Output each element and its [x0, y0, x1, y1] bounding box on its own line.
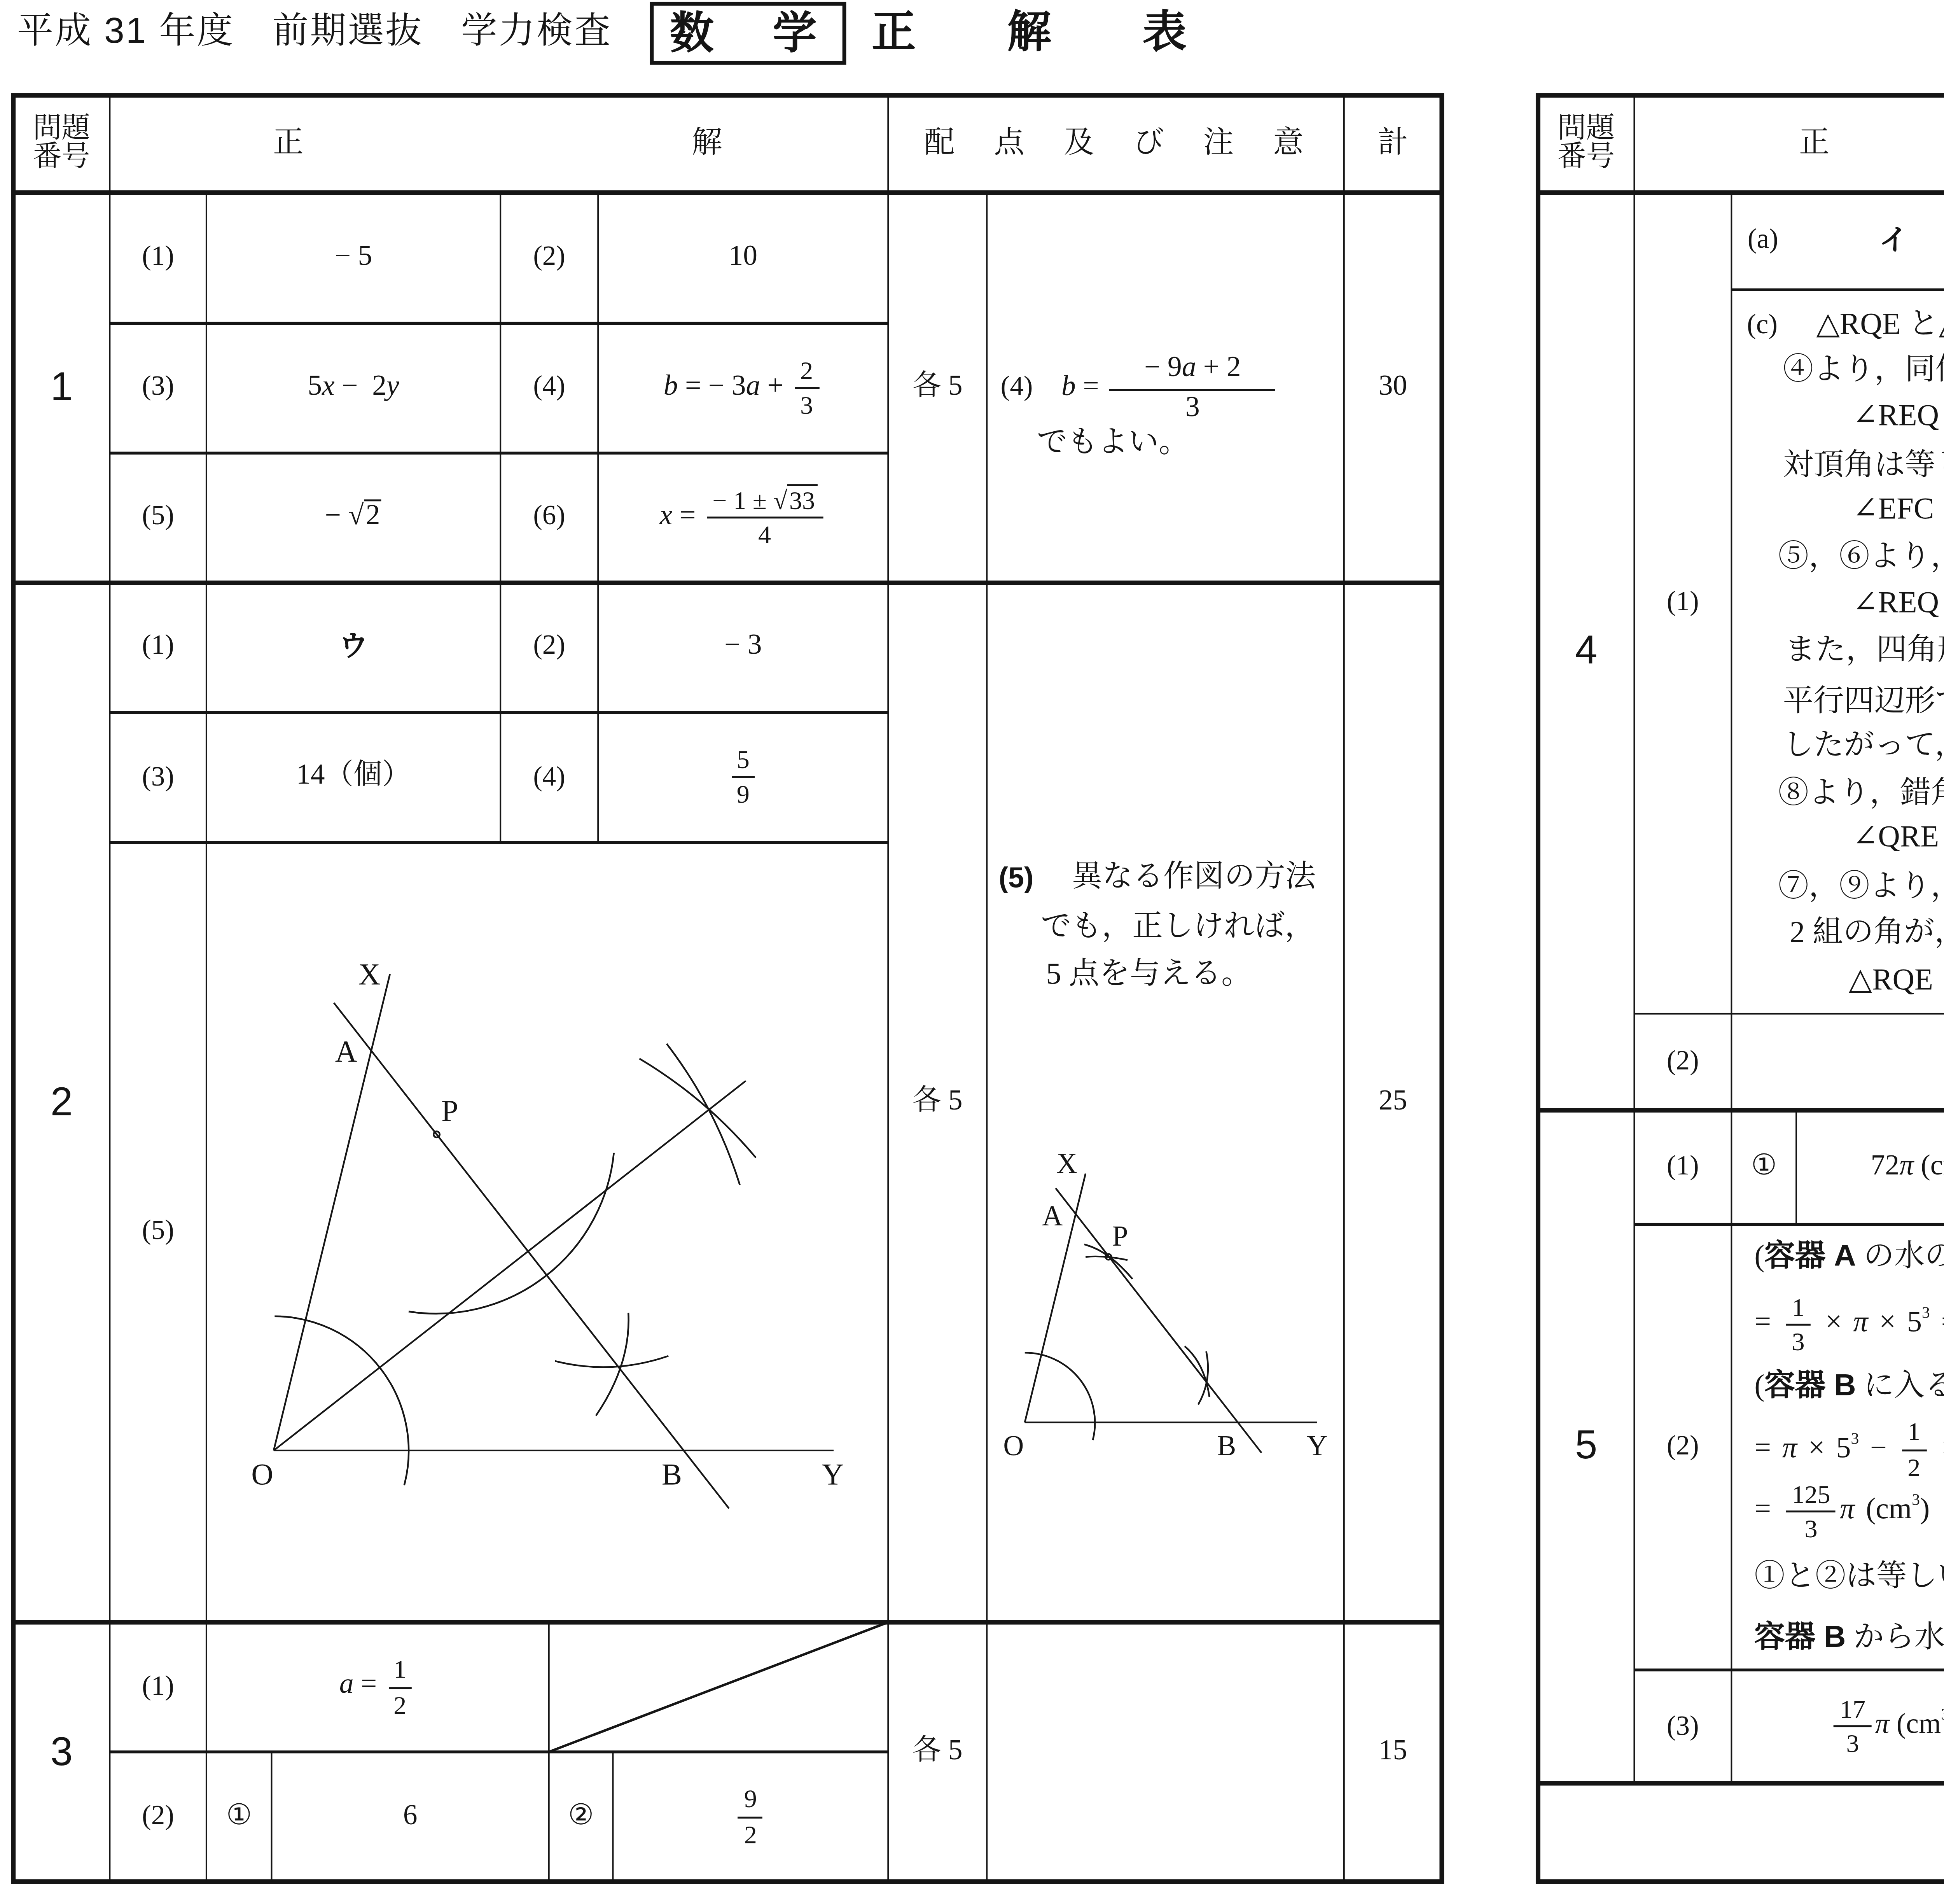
eq: =	[1930, 1306, 1944, 1339]
header-total: 計	[1344, 95, 1442, 192]
q2-construction-figure: X A P O B Y	[251, 957, 844, 1508]
q1-p6-label: (6)	[500, 453, 598, 583]
q5-p3-label: (3)	[1634, 1670, 1731, 1783]
q2-p5-label: (5)	[110, 843, 206, 1622]
q4-p1a-label: (a)	[1738, 192, 1788, 290]
q2-p1-label: (1)	[110, 583, 206, 712]
expression: = 1253π (cm3)	[1754, 1493, 1930, 1525]
q4-p2-label: (2)	[1634, 1014, 1731, 1110]
q1-p4-answer: b = − 3a + 23	[598, 323, 888, 453]
q1-p6-expression: x = − 1 ± √334	[660, 486, 827, 549]
denominator: 3	[1846, 1727, 1859, 1758]
proof-line: ∠REQ ＝ ∠SFG	[1853, 590, 1944, 620]
figure-label-x: X	[358, 957, 381, 991]
header-answer-left: 正	[1776, 95, 1853, 192]
numerator: − 1 ± √33	[707, 486, 823, 519]
q3-p2-sub1-answer: 6	[272, 1752, 549, 1881]
text: の水の体積)	[1856, 1241, 1944, 1273]
expression: = π × 53 − 12 × 43 × π × 53	[1754, 1431, 1944, 1464]
proof-line: 2 組の角が，それぞれ等しいので，	[1790, 920, 1944, 950]
q2-p4-label: (4)	[500, 712, 598, 842]
container-b: 容器 B	[1754, 1622, 1846, 1655]
unit-exponent: 3	[1941, 1704, 1944, 1724]
fraction: 173	[1834, 1695, 1871, 1758]
text: に入る水の体積)	[1856, 1371, 1944, 1403]
q1-p4-var-b: b	[664, 372, 678, 402]
q2-note-line: 5 点を与える。	[1046, 960, 1252, 990]
header-question-number: 問題 番号	[13, 95, 110, 192]
radical-icon: √	[773, 486, 787, 515]
q1-p4-var-a: a	[746, 372, 760, 402]
minus: −	[1859, 1431, 1898, 1464]
paren: (	[1754, 1371, 1764, 1403]
q5-p1-sub1-expression: 72π (cm3)	[1871, 1153, 1944, 1182]
figure-label-a: A	[335, 1034, 357, 1068]
angle-bisector	[274, 1081, 746, 1450]
q2-total: 25	[1344, 583, 1442, 1622]
container-b: 容器 B	[1764, 1371, 1856, 1403]
denominator: 3	[1792, 1325, 1804, 1356]
q2-p3-answer: 14（個）	[206, 712, 500, 842]
subject-label: 数 学	[670, 11, 824, 55]
q2-note-label: (5)	[999, 864, 1034, 892]
q3-p1-expression: a = 12	[339, 1655, 416, 1719]
numerator: 1	[388, 1655, 412, 1688]
q1-note-fraction: − 9a + 23	[1110, 353, 1275, 425]
proof-line: △RQE と△SGF において，	[1816, 310, 1944, 340]
q1-p1-answer: − 5	[206, 192, 500, 323]
question-number-5: 5	[1538, 1110, 1635, 1783]
q2-p2-label: (2)	[500, 583, 598, 712]
header-answer-left: 正	[250, 95, 327, 192]
container-a: 容器 A	[1764, 1241, 1856, 1273]
header-question-number-line1: 問題	[33, 115, 90, 144]
numerator-part: − 9	[1144, 353, 1182, 383]
numerator: 2	[794, 357, 818, 389]
proof-line: 対頂角は等しいので，	[1783, 451, 1944, 481]
q1-p3-answer: 5x − 2y	[206, 323, 500, 453]
line-ab	[1056, 1188, 1261, 1452]
numerator-part: + 2	[1196, 353, 1241, 383]
numerator: 17	[1834, 1695, 1871, 1727]
numerator-prefix: − 1 ±	[712, 486, 773, 515]
q5-p1-sub1-answer: 72π (cm3)	[1796, 1110, 1944, 1225]
header-question-number: 問題 番号	[1538, 95, 1635, 192]
header-answer-right: 解	[669, 95, 745, 192]
q1-p3-coef: 5	[308, 372, 322, 402]
q4-p1-label: (1)	[1634, 192, 1731, 1014]
q2-score: 各 5	[888, 583, 987, 1622]
proof-line: ⑤，⑥より，	[1778, 543, 1944, 573]
eq: =	[1754, 1493, 1782, 1525]
proof-line: ∠REQ ＝ ∠EFC	[1853, 401, 1944, 432]
ray-ox	[274, 974, 390, 1451]
proof-line: △RQE ∽ △SGF	[1849, 966, 1944, 996]
q2-note-alternative-figure: X A P O B Y	[1003, 1147, 1327, 1461]
q2-p4-answer: 59	[598, 712, 888, 842]
figure-label-x: X	[1057, 1147, 1077, 1179]
proof-line: したがって，PS//RQ	[1783, 732, 1944, 762]
q1-note: (4) b = − 9a + 23	[1001, 353, 1279, 425]
q1-note-eq: =	[1076, 373, 1106, 403]
proof-line: 平行四辺形である。	[1783, 688, 1944, 718]
subject-box: 数 学	[649, 2, 845, 65]
pi: π	[1782, 1431, 1797, 1464]
header-points-and-notes: 配 点 及 び 注 意	[888, 95, 1344, 192]
denominator: 4	[758, 519, 771, 549]
q1-note-expression: (4) b = − 9a + 23	[1001, 373, 1279, 403]
figure-label-a: A	[1042, 1200, 1063, 1232]
q5-p2-line6: ①と②は等しいので，	[1754, 1564, 1944, 1594]
exponent: 3	[1851, 1428, 1859, 1447]
fraction: 12	[1902, 1418, 1926, 1481]
answer-sheet-title: 正 解 表	[872, 10, 1210, 54]
unit-open: (cm	[1855, 1493, 1912, 1525]
q1-p6-var-x: x	[660, 502, 673, 532]
unit-open: (cm	[1889, 1710, 1941, 1741]
exam-title: 平成 31 年度 前期選抜 学力検査	[17, 14, 612, 51]
q3-blank-diagonal	[549, 1622, 888, 1752]
denominator: 3	[800, 389, 813, 420]
q1-p6-answer: x = − 1 ± √334	[598, 453, 888, 583]
q2-note-line: 異なる作図の方法	[1072, 863, 1316, 893]
header-question-number-line1: 問題	[1558, 115, 1615, 144]
denominator: 9	[737, 779, 750, 809]
q1-note-var-b: b	[1061, 373, 1076, 403]
question-number-1: 1	[13, 192, 110, 583]
q2-p1-answer: ウ	[206, 583, 500, 712]
q1-p4-label: (4)	[500, 323, 598, 453]
denominator: 2	[1907, 1451, 1920, 1481]
eq: =	[1754, 1306, 1782, 1339]
q3-p1-var-a: a	[339, 1671, 354, 1701]
answer-key-page: X A P O B Y X A P O B Y 平成 31 年度 前期選抜 学力…	[0, 0, 1944, 1904]
paren: (	[1754, 1241, 1764, 1273]
q5-p3-answer: 173π (cm3)	[1731, 1670, 1944, 1783]
numerator: 125	[1786, 1479, 1836, 1512]
radical-icon: √	[348, 502, 364, 532]
pi: π	[1853, 1306, 1868, 1339]
pi: π	[1875, 1710, 1890, 1741]
figure-label-b: B	[662, 1457, 682, 1491]
q5-p2-line4: = π × 53 − 12 × 43 × π × 53	[1754, 1418, 1944, 1481]
q5-p2-line3: (容器 B に入る水の体積)	[1754, 1373, 1944, 1403]
q3-p1-fraction: 12	[388, 1655, 412, 1719]
q3-p2-sub1-mark: ①	[206, 1752, 272, 1881]
expression: = 13 × π × 53 = 1253π (cm3)	[1754, 1306, 1944, 1339]
unit-exponent: 3	[1912, 1489, 1920, 1508]
q1-p3-var-x: x	[322, 372, 335, 402]
fraction: 1253	[1786, 1479, 1836, 1542]
header-question-number-line2: 番号	[1558, 144, 1615, 173]
q3-p1-eq: =	[353, 1671, 384, 1701]
q3-p2-fraction: 92	[738, 1785, 762, 1848]
pi: π	[1899, 1151, 1914, 1181]
q1-p4-fraction: 23	[794, 357, 818, 420]
q4-p1a-answer: イ	[1830, 192, 1944, 290]
denominator: 3	[1185, 391, 1200, 425]
q5-p2-line7: 容器 B から水はあふれない。	[1754, 1624, 1944, 1654]
question-number-2: 2	[13, 583, 110, 1622]
eq: =	[1754, 1431, 1782, 1464]
q1-p2-answer: 10	[598, 192, 888, 323]
grand-total-label-1: 合	[1934, 1783, 1944, 1881]
compass-arc	[596, 1313, 629, 1416]
q1-p3-var-y: y	[386, 372, 399, 402]
q5-p2-line5: = 1253π (cm3)	[1754, 1479, 1930, 1542]
compass-arc	[1025, 1353, 1095, 1440]
q1-total: 30	[1344, 192, 1442, 583]
figure-label-p: P	[1112, 1220, 1128, 1252]
q1-p5-answer: − √2	[206, 453, 500, 583]
figure-label-y: Y	[822, 1457, 844, 1491]
proof-line: また，四角形 PRQS はひし形だから，	[1785, 637, 1944, 667]
q1-p6-eq: =	[673, 502, 703, 532]
q1-p5-expression: − √2	[325, 504, 382, 532]
radicand: 2	[364, 500, 382, 532]
figure-label-p: P	[441, 1094, 458, 1127]
fraction: 13	[1786, 1293, 1810, 1356]
exponent: 3	[1922, 1302, 1930, 1321]
q1-p4-plus: +	[760, 372, 790, 402]
q5-p1-label: (1)	[1634, 1110, 1731, 1225]
q2-note-line: でも，正しければ，	[1041, 913, 1315, 944]
q1-p5-label: (5)	[110, 453, 206, 583]
proof-line: ⑧より，錯角は等しいので，	[1778, 780, 1944, 810]
q1-note-label: (4)	[1001, 373, 1033, 403]
unit-open: (cm	[1914, 1151, 1944, 1181]
q1-p3-expression: 5x − 2y	[308, 374, 399, 402]
numerator: 1	[1902, 1418, 1926, 1451]
proof-line: ④より，同位角は等しいので，	[1783, 357, 1944, 387]
q3-p2-sub2-answer: 92	[613, 1752, 888, 1881]
q5-p1-sub1-mark: ①	[1731, 1110, 1796, 1225]
q1-p5-sign: −	[325, 502, 348, 532]
numerator: 9	[738, 1785, 762, 1818]
times: ×	[1930, 1431, 1944, 1464]
compass-arc	[274, 1316, 409, 1485]
q5-p3-expression: 173π (cm3)	[1830, 1695, 1944, 1758]
value: 72	[1871, 1151, 1900, 1181]
q1-p6-fraction: − 1 ± √334	[707, 486, 823, 549]
compass-arc	[409, 1153, 614, 1314]
q3-p1-label: (1)	[110, 1622, 206, 1752]
denominator: 2	[744, 1818, 757, 1848]
q3-p1-answer: a = 12	[206, 1622, 549, 1752]
numerator: − 9a + 2	[1110, 353, 1275, 391]
proof-line: ⑦，⑨より，	[1778, 873, 1944, 903]
pi: π	[1840, 1493, 1855, 1525]
question-number-4: 4	[1538, 192, 1635, 1110]
figure-label-y: Y	[1307, 1430, 1327, 1461]
base: × 5	[1868, 1306, 1922, 1339]
radicand: 33	[787, 484, 817, 514]
denominator: 3	[1804, 1512, 1817, 1542]
denominator: 2	[393, 1688, 406, 1719]
proof-line: ∠EFC ＝ ∠SFG	[1853, 495, 1944, 526]
q1-p2-label: (2)	[500, 192, 598, 323]
proof-line: ∠QRE ＝ ∠GSF	[1853, 824, 1944, 855]
times: ×	[1814, 1306, 1853, 1339]
q1-score: 各 5	[888, 192, 987, 583]
q3-p2-label: (2)	[110, 1752, 206, 1881]
q4-p1c-label: (c)	[1747, 311, 1778, 339]
numerator: 1	[1786, 1293, 1810, 1325]
q5-p2-label: (2)	[1634, 1224, 1731, 1670]
figure-label-o: O	[251, 1457, 273, 1491]
unit-close: )	[1920, 1493, 1930, 1525]
compass-arc	[1185, 1346, 1210, 1397]
q1-note-suffix: でもよい。	[1037, 429, 1189, 459]
q1-p3-label: (3)	[110, 323, 206, 453]
q3-score: 各 5	[888, 1622, 987, 1882]
q2-p2-answer: − 3	[598, 583, 888, 712]
q1-p1-label: (1)	[110, 192, 206, 323]
figure-label-b: B	[1217, 1430, 1236, 1461]
q1-p4-expression: b = − 3a + 23	[664, 357, 823, 420]
figure-label-o: O	[1003, 1430, 1024, 1461]
header-question-number-line2: 番号	[33, 144, 90, 173]
compass-arc	[640, 1059, 756, 1158]
q1-p4-eq: = − 3	[678, 372, 746, 402]
q5-p2-line2: = 13 × π × 53 = 1253π (cm3)	[1754, 1293, 1944, 1356]
base: × 5	[1797, 1431, 1851, 1464]
question-number-3: 3	[13, 1622, 110, 1882]
text: から水はあふれない。	[1846, 1622, 1944, 1655]
q2-p4-fraction: 59	[731, 746, 755, 809]
q3-p2-sub2-mark: ②	[549, 1752, 613, 1881]
q4-p2-answer: 8√29 (cm)	[1731, 1014, 1944, 1110]
q5-p2-line1: (容器 A の水の体積)	[1754, 1243, 1944, 1273]
numerator-var-a: a	[1182, 353, 1196, 383]
q2-p3-label: (3)	[110, 712, 206, 842]
numerator: 5	[731, 746, 755, 779]
q1-p3-op: − 2	[335, 372, 386, 402]
q3-total: 15	[1344, 1622, 1442, 1882]
